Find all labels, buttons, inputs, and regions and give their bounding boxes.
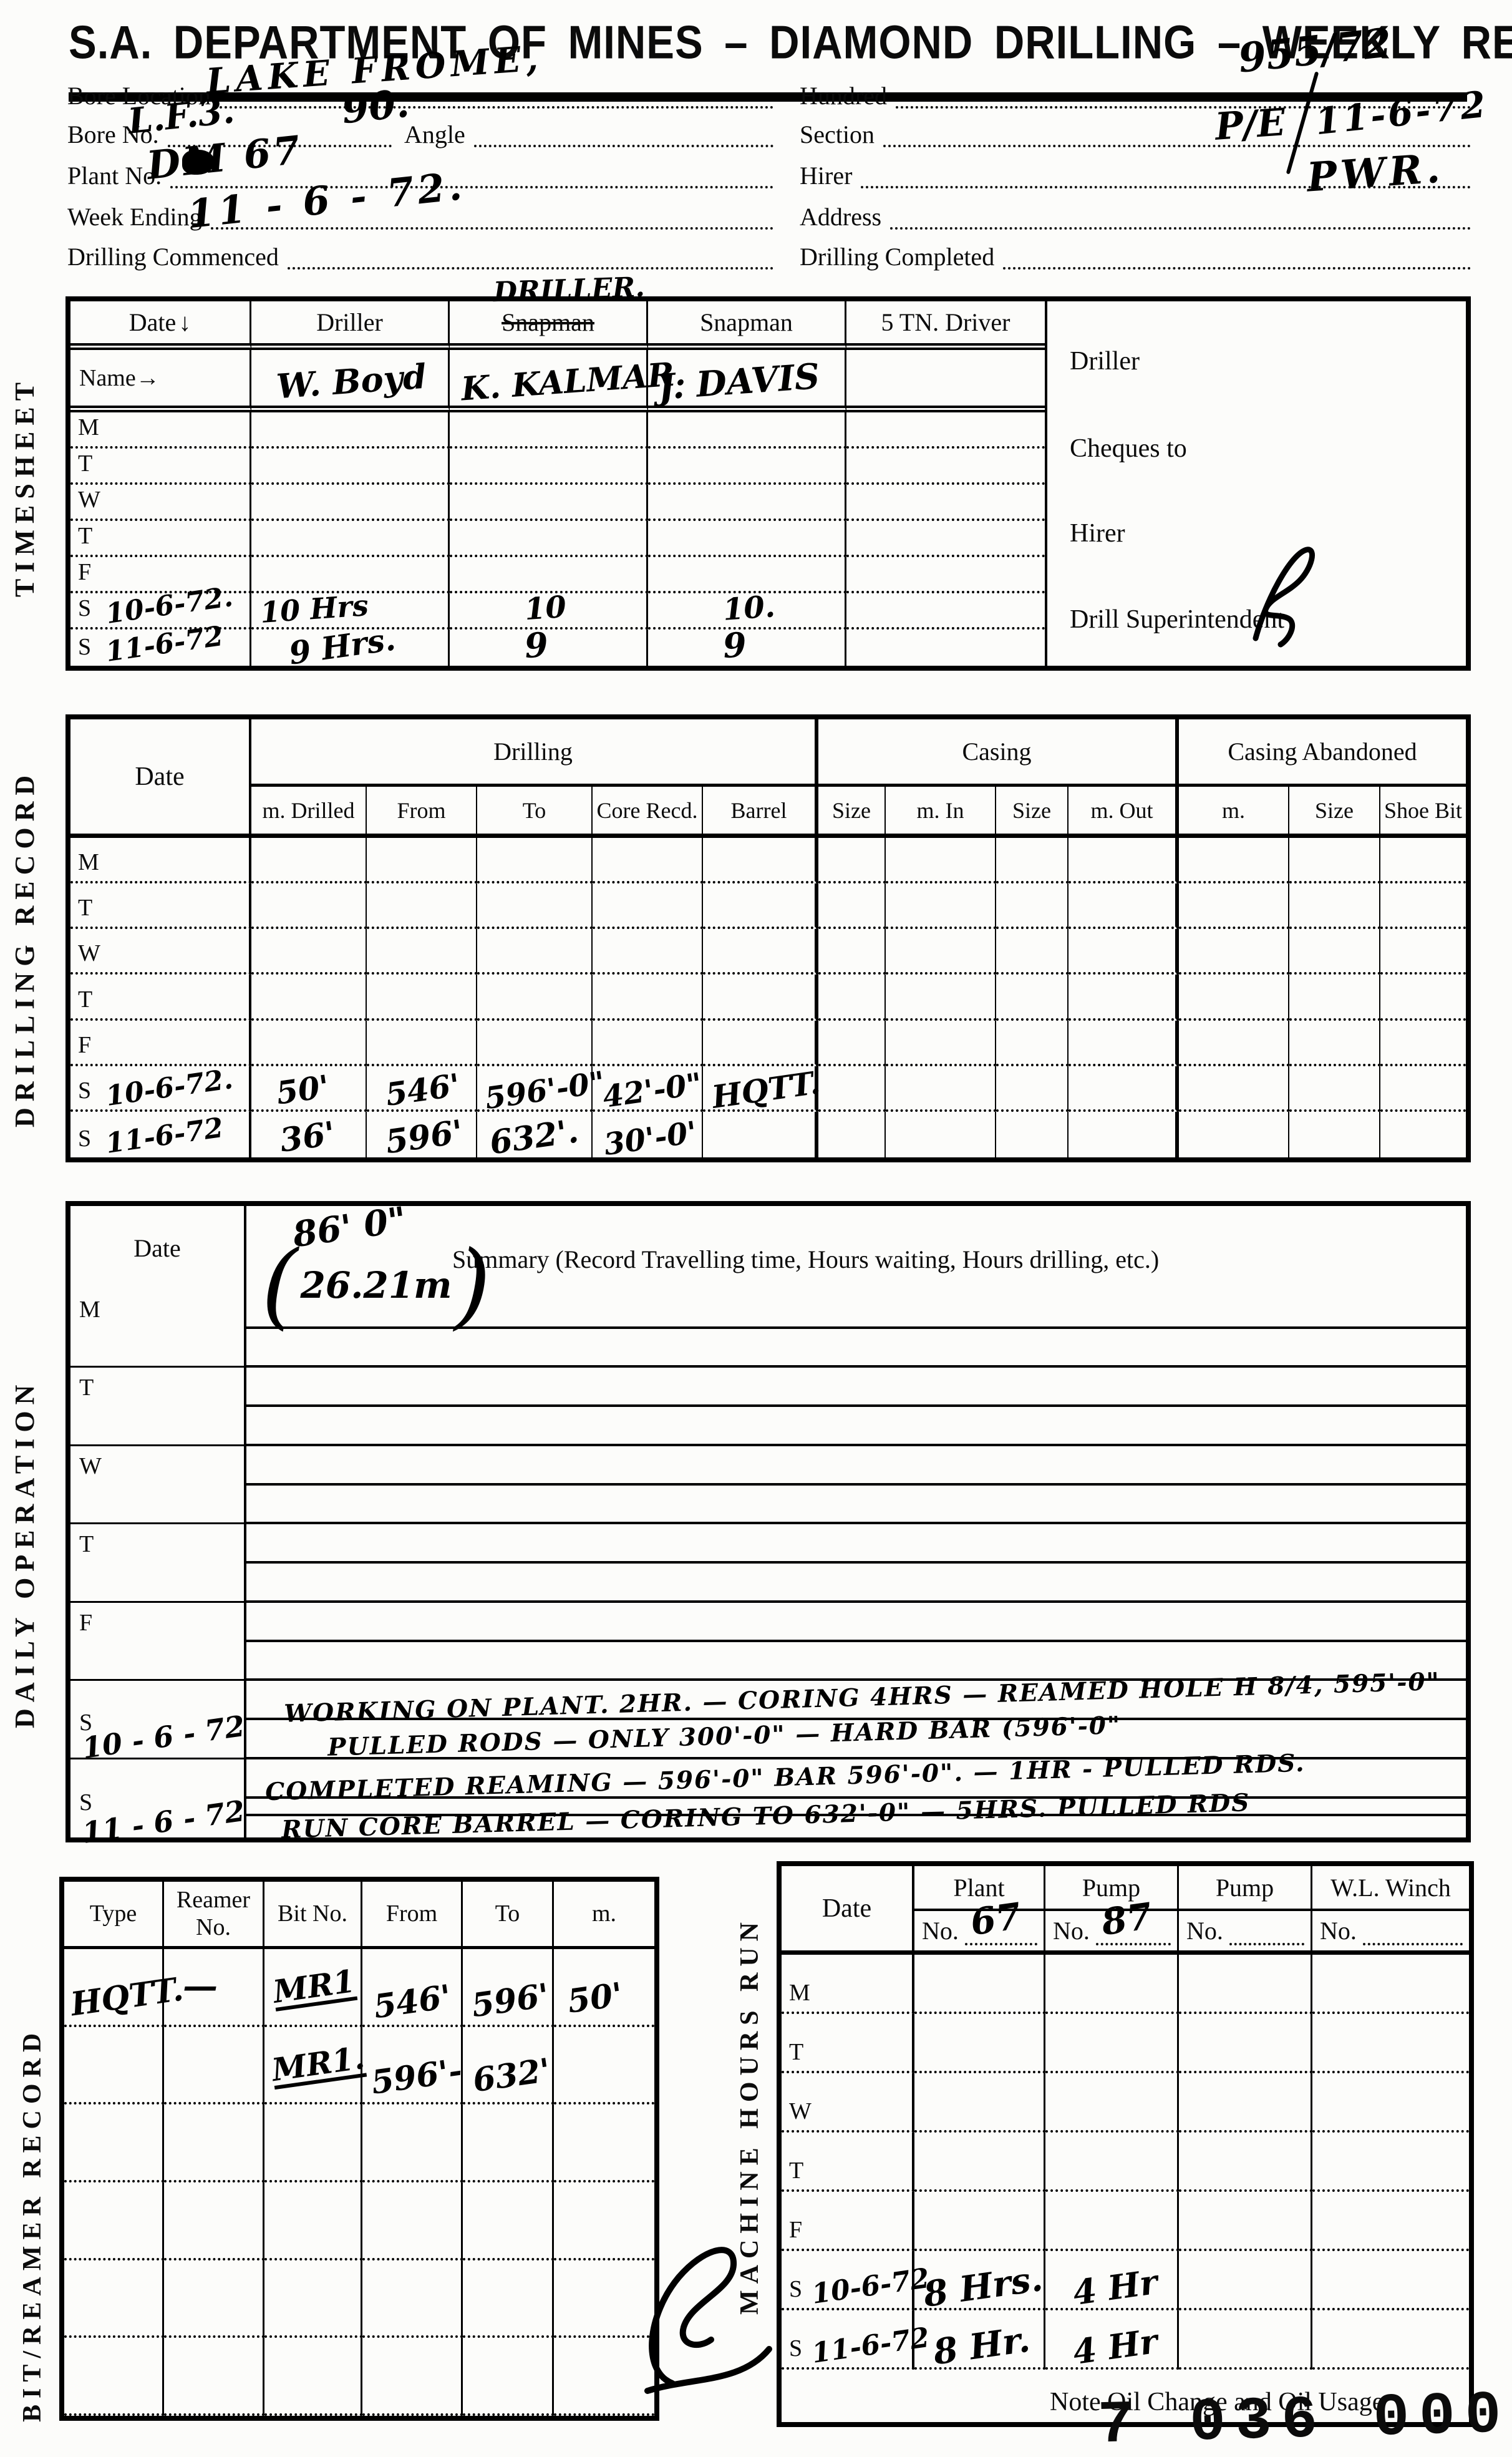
- drilling-col-date: Date: [70, 719, 251, 838]
- hours-cell: 9 Hrs.: [251, 630, 450, 666]
- type-cell: HQTT.: [64, 1949, 164, 2027]
- drilling-completed-field: Drilling Completed: [800, 238, 1471, 270]
- hours-cell: 10.: [648, 593, 846, 630]
- m-drilled-cell: 50': [251, 1066, 367, 1112]
- timesheet-col-snapman2: Snapman: [648, 301, 846, 350]
- snapman2-name: J. DAVIS: [648, 350, 846, 412]
- daily-operation-section-label: DAILY OPERATION: [9, 1335, 41, 1772]
- angle-value: 90.: [340, 84, 411, 130]
- casing-abandoned-group: Casing Abandoned: [1179, 719, 1466, 787]
- col-m-in: m. In: [886, 787, 996, 838]
- col-m-drilled: m. Drilled: [251, 787, 367, 838]
- snapman-correction: DRILLER.: [493, 274, 645, 306]
- daily-col-date: Date: [70, 1206, 246, 1290]
- col-m: m.: [1179, 787, 1289, 838]
- col-barrel: Barrel: [703, 787, 818, 838]
- weekly-report-form: S.A. DEPARTMENT OF MINES – DIAMOND DRILL…: [0, 0, 1512, 2457]
- table-row: M: [70, 838, 251, 883]
- hours-cell: 10: [450, 593, 648, 630]
- driver-name: [846, 350, 1045, 412]
- table-row: T: [70, 449, 251, 485]
- address-field: Address: [800, 198, 1471, 230]
- col-m-out: m. Out: [1069, 787, 1179, 838]
- side-driller-label: Driller: [1070, 346, 1140, 376]
- bit-reamer-section: Type Reamer No. Bit No. From To m. HQTT.…: [59, 1877, 659, 2421]
- table-row: T: [70, 883, 251, 929]
- table-row: W: [70, 929, 251, 975]
- timesheet-col-driller: Driller: [251, 301, 450, 350]
- dotted-line: [474, 114, 773, 147]
- daily-col-summary: Summary (Record Travelling time, Hours w…: [246, 1206, 1466, 1290]
- col-to: To: [477, 787, 593, 838]
- table-row: W: [70, 485, 251, 521]
- col-winch: W.L. Winch: [1312, 1866, 1469, 1911]
- casing-group: Casing: [818, 719, 1179, 787]
- checking-signature: [635, 2227, 778, 2396]
- table-row: T: [70, 521, 251, 557]
- daily-operation-header: Date Summary (Record Travelling time, Ho…: [70, 1206, 1466, 1290]
- timesheet-col-driver: 5 TN. Driver: [846, 301, 1045, 350]
- table-row: T: [782, 2133, 914, 2192]
- table-row: M: [70, 1290, 1466, 1368]
- drilling-record-section-label: DRILLING RECORD: [9, 767, 41, 1129]
- driller-name: W. Boyd: [251, 350, 450, 412]
- sunday-row-date: S 11-6-72: [782, 2310, 914, 2370]
- to-cell: 596'-0": [477, 1066, 593, 1112]
- bit-reamer-section-label: BIT/REAMER RECORD: [17, 2009, 47, 2440]
- hours-cell: 10 Hrs: [251, 593, 450, 630]
- table-row: F: [70, 1021, 251, 1066]
- from-cell: 596': [367, 1112, 477, 1157]
- side-hirer-label: Hirer: [1070, 518, 1125, 548]
- from-cell: 546': [367, 1066, 477, 1112]
- col-shoe-bit: Shoe Bit: [1380, 787, 1466, 838]
- saturday-row-date: S 10-6-72.: [70, 593, 251, 630]
- col-core-recd: Core Recd.: [593, 787, 703, 838]
- table-row: T: [70, 1368, 1466, 1446]
- table-row: F: [782, 2192, 914, 2251]
- from-cell: 596'-: [362, 2027, 463, 2105]
- dotted-line: [890, 196, 1471, 230]
- core-recd-cell: 30'-0': [593, 1112, 703, 1157]
- m-drilled-cell: 36': [251, 1112, 367, 1157]
- drilling-record-section: Date Drilling Casing Casing Abandoned m.…: [65, 714, 1471, 1162]
- saturday-row-date: S 10-6-72.: [70, 1066, 251, 1112]
- table-row: M: [782, 1955, 914, 2014]
- table-row: F: [70, 1603, 1466, 1681]
- pump2-no: No.: [1179, 1911, 1312, 1955]
- dotted-line: [1003, 236, 1471, 270]
- timesheet-section: Date ↓ Driller DRILLER. Snapman Snapman …: [65, 296, 1471, 671]
- col-pump2: Pump: [1179, 1866, 1312, 1911]
- table-row: W: [782, 2073, 914, 2133]
- plant-hours-cell: 8 Hr.: [914, 2310, 1045, 2370]
- saturday-row-date: S 10-6-72: [782, 2251, 914, 2310]
- col-size1: Size: [818, 787, 886, 838]
- right-arrow-icon: →: [136, 364, 160, 392]
- pump-hours-cell: 4 Hr: [1045, 2251, 1179, 2310]
- bit-no-cell: MR1.: [264, 2027, 362, 2105]
- machine-hours-section: Date Plant Pump Pump W.L. Winch No.67 No…: [777, 1861, 1474, 2427]
- plant-hours-cell: 8 Hrs.: [914, 2251, 1045, 2310]
- bit-no-cell: MR1: [264, 1949, 362, 2027]
- timesheet-col-snapman1: DRILLER. Snapman: [450, 301, 648, 350]
- core-recd-cell: 42'-0": [593, 1066, 703, 1112]
- winch-no: No.: [1312, 1911, 1469, 1955]
- superintendent-signature: [1247, 545, 1328, 651]
- col-m: m.: [554, 1882, 654, 1949]
- from-cell: 546': [362, 1949, 463, 2027]
- table-row: M: [70, 412, 251, 449]
- to-cell: 632'.: [477, 1112, 593, 1157]
- bore-no-value: L.F.3.: [127, 93, 236, 139]
- hours-cell: 9: [648, 630, 846, 666]
- drilling-group: Drilling: [251, 719, 818, 787]
- col-bit-no: Bit No.: [264, 1882, 362, 1949]
- sunday-row-date: S 11-6-72: [70, 1112, 251, 1157]
- col-size2: Size: [996, 787, 1069, 838]
- snapman1-name: K. KALMAR.: [450, 350, 648, 412]
- reamer-no-cell: —: [164, 1949, 264, 2027]
- table-row: T: [70, 1524, 1466, 1602]
- barrel-cell: HQTT.: [703, 1066, 818, 1112]
- side-cheques-label: Cheques to: [1070, 434, 1187, 464]
- sunday-row-date: S 11-6-72: [70, 630, 251, 666]
- saturday-summary-row: S 10 - 6 - 72 WORKING ON PLANT. 2HR. — C…: [70, 1681, 1466, 1759]
- angle-field: Angle: [404, 116, 773, 147]
- col-from: From: [362, 1882, 463, 1949]
- plant-no: No.67: [914, 1911, 1045, 1955]
- timesheet-side-panel: Driller Cheques to Hirer Drill Superinte…: [1045, 301, 1466, 666]
- dotted-line: [288, 236, 773, 270]
- col-from: From: [367, 787, 477, 838]
- col-type: Type: [64, 1882, 164, 1949]
- to-cell: 596': [463, 1949, 554, 2027]
- timesheet-section-label: TIMESHEET: [9, 349, 41, 624]
- to-cell: 632': [463, 2027, 554, 2105]
- pe-annotation: P/E: [1214, 104, 1287, 146]
- table-row: W: [70, 1446, 1466, 1524]
- daily-operation-section: Date Summary (Record Travelling time, Ho…: [65, 1201, 1471, 1842]
- col-size3: Size: [1289, 787, 1380, 838]
- col-reamer-no: Reamer No.: [164, 1882, 264, 1949]
- drilling-commenced-field: Drilling Commenced: [67, 238, 773, 270]
- name-row-label: Name →: [70, 350, 251, 412]
- pump-hours-cell: 4 Hr: [1045, 2310, 1179, 2370]
- pump1-no: No.87: [1045, 1911, 1179, 1955]
- col-to: To: [463, 1882, 554, 1949]
- sunday-summary-row: S 11 - 6 - 72 COMPLETED REAMING — 596'-0…: [70, 1759, 1466, 1837]
- table-row: T: [70, 975, 251, 1020]
- initials-annotation: PWR.: [1306, 148, 1445, 198]
- machine-col-date: Date: [782, 1866, 914, 1955]
- hours-cell: 9: [450, 630, 648, 666]
- table-row: T: [782, 2014, 914, 2073]
- m-cell: 50': [554, 1949, 654, 2027]
- timesheet-col-date: Date ↓: [70, 301, 251, 350]
- down-arrow-icon: ↓: [178, 308, 191, 337]
